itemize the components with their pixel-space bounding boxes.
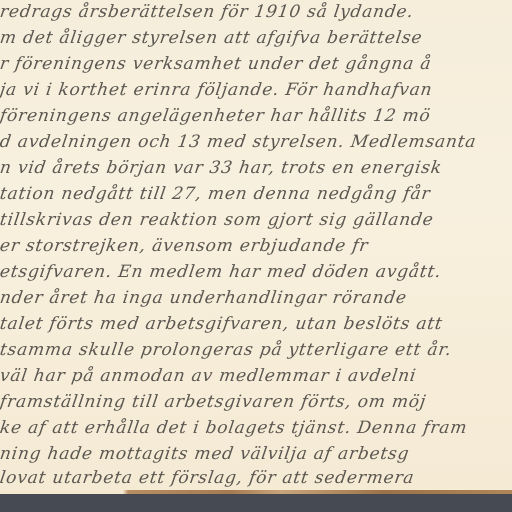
- text-line-7: n vid årets början var 33 har, trots en …: [0, 158, 512, 178]
- book-cover: [0, 494, 512, 512]
- text-line-4: ja vi i korthet erinra följande. För han…: [0, 80, 512, 100]
- text-line-11: etsgifvaren. En medlem har med döden avg…: [0, 262, 512, 282]
- text-line-9: tillskrivas den reaktion som gjort sig g…: [0, 210, 512, 230]
- text-line-19: lovat utarbeta ett förslag, för att sede…: [0, 468, 512, 488]
- text-line-2: m det åligger styrelsen att afgifva berä…: [0, 28, 512, 48]
- text-line-3: r föreningens verksamhet under det gångn…: [0, 54, 512, 74]
- text-line-8: tation nedgått till 27, men denna nedgån…: [0, 184, 512, 204]
- text-line-13: talet förts med arbetsgifvaren, utan bes…: [0, 314, 512, 334]
- text-line-6: d avdelningen och 13 med styrelsen. Medl…: [0, 132, 512, 152]
- text-line-5: föreningens angelägenheter har hållits 1…: [0, 106, 512, 126]
- ledger-page: redrags årsberättelsen för 1910 så lydan…: [0, 0, 512, 492]
- text-line-16: framställning till arbetsgivaren förts, …: [0, 392, 512, 412]
- text-line-12: nder året ha inga underhandlingar rörand…: [0, 288, 512, 308]
- text-line-14: tsamma skulle prolongeras på ytterligare…: [0, 340, 512, 360]
- text-line-1: redrags årsberättelsen för 1910 så lydan…: [0, 2, 512, 22]
- text-line-15: väl har på anmodan av medlemmar i avdeln…: [0, 366, 512, 386]
- text-line-10: er storstrejken, ävensom erbjudande fr: [0, 236, 512, 256]
- text-line-17: ke af att erhålla det i bolagets tjänst.…: [0, 418, 512, 438]
- text-line-18: ning hade mottagits med välvilja af arbe…: [0, 444, 512, 464]
